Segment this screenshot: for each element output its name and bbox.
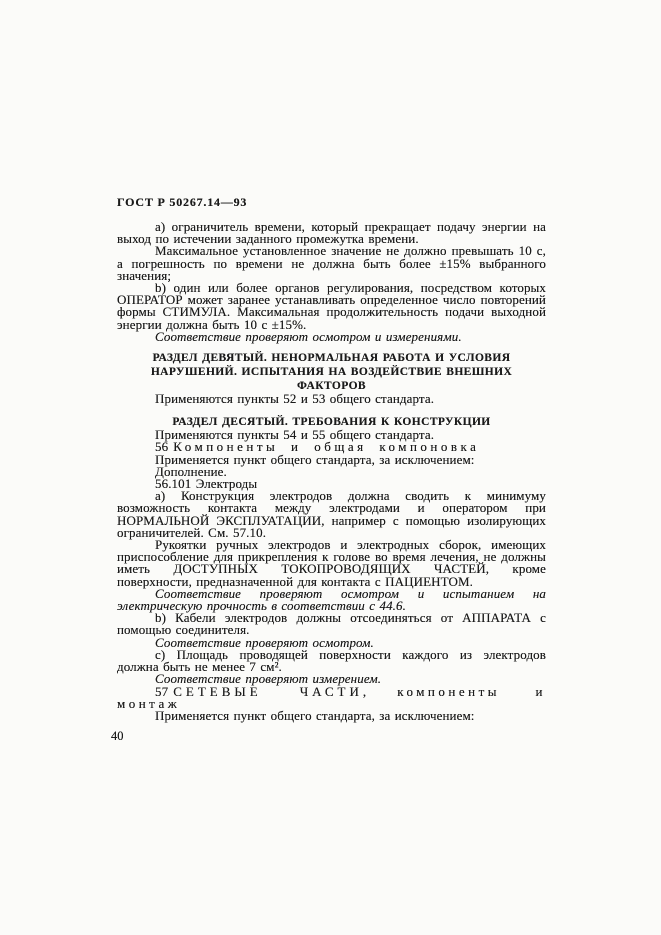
section-nine-heading: РАЗДЕЛ ДЕВЯТЫЙ. НЕНОРМАЛЬНАЯ РАБОТА И УС…: [117, 351, 546, 393]
paragraph-time-limiter: а) ограничитель времени, который прекращ…: [117, 221, 546, 245]
paragraph-controls: b) один или более органов регулирования,…: [117, 282, 546, 331]
paragraph-electrode-design: а) Конструкция электродов должна сводить…: [117, 490, 546, 539]
paragraph-applies-exception-2: Применяется пункт общего стандарта, за и…: [117, 710, 546, 722]
page-content: ГОСТ Р 50267.14—93 а) ограничитель време…: [117, 196, 546, 722]
document-page: ГОСТ Р 50267.14—93 а) ограничитель време…: [0, 0, 661, 935]
clause-57-title-caps: СЕТЕВЫЕ ЧАСТИ,: [173, 684, 370, 699]
section-nine-heading-line-2: НАРУШЕНИЙ. ИСПЫТАНИЯ НА ВОЗДЕЙСТВИЕ ВНЕШ…: [117, 365, 546, 379]
paragraph-max-value: Максимальное установленное значение не д…: [117, 245, 546, 282]
compliance-statement-1: Соответствие проверяют осмотром и измере…: [117, 331, 546, 343]
clause-57-heading: 57СЕТЕВЫЕ ЧАСТИ, компоненты и монтаж: [117, 686, 546, 710]
paragraph-handles: Рукоятки ручных электродов и электродных…: [117, 539, 546, 588]
document-code: ГОСТ Р 50267.14—93: [117, 196, 546, 208]
section-nine-heading-line-1: РАЗДЕЛ ДЕВЯТЫЙ. НЕНОРМАЛЬНАЯ РАБОТА И УС…: [117, 351, 546, 365]
compliance-statement-2: Соответствие проверяют осмотром и испыта…: [117, 588, 546, 612]
paragraph-cables: b) Кабели электродов должны отсоединятьс…: [117, 612, 546, 636]
paragraph-electrode-area: с) Площадь проводящей поверхности каждог…: [117, 649, 546, 673]
page-number: 40: [111, 730, 124, 742]
paragraph-applies-52-53: Применяются пункты 52 и 53 общего станда…: [117, 393, 546, 405]
